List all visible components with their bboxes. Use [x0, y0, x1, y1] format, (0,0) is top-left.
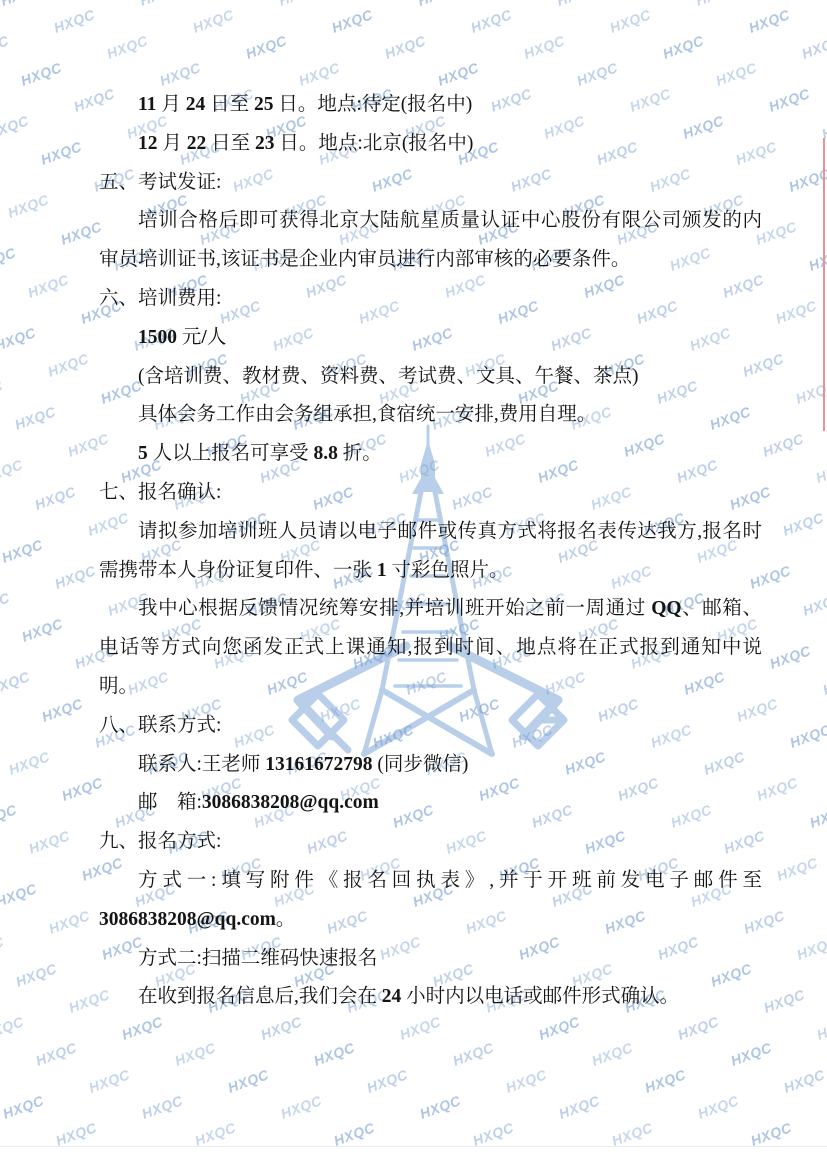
latin-run: 25	[254, 94, 274, 115]
latin-run: QQ	[651, 598, 681, 619]
latin-run: 24	[382, 986, 402, 1007]
text-line: 五、考试发证:	[99, 164, 762, 203]
latin-run: 3086838208@qq.com	[202, 792, 379, 813]
latin-run: /	[201, 327, 206, 348]
hxqc-watermark-text: HXQC	[807, 244, 827, 274]
hxqc-watermark-text: HXQC	[332, 1119, 377, 1148]
hxqc-watermark-text: HXQC	[451, 1039, 496, 1069]
hxqc-watermark-text: HXQC	[173, 1039, 218, 1069]
hxqc-watermark-text: HXQC	[34, 1039, 79, 1069]
hxqc-watermark-text: HXQC	[0, 880, 39, 910]
hxqc-watermark-text: HXQC	[767, 85, 812, 115]
hxqc-watermark-text: HXQC	[416, 0, 461, 9]
hxqc-watermark-text: HXQC	[226, 1066, 271, 1096]
hxqc-watermark-text: HXQC	[1, 1092, 46, 1122]
hxqc-watermark-text: HXQC	[312, 1039, 357, 1069]
hxqc-watermark-text: HXQC	[0, 0, 44, 9]
hxqc-watermark-text: HXQC	[140, 1092, 185, 1122]
hxqc-watermark-text: HXQC	[0, 377, 5, 407]
hxqc-watermark-text: HXQC	[575, 59, 620, 89]
text-line: 3086838208@qq.com。	[99, 901, 762, 940]
text-line: 请拟参加培训班人员请以电子邮件或传真方式将报名表传达我方,报名时	[99, 513, 762, 552]
latin-run: 1	[377, 560, 387, 581]
hxqc-watermark-text: HXQC	[158, 59, 203, 89]
hxqc-watermark-text: HXQC	[105, 32, 150, 62]
hxqc-watermark-text: HXQC	[0, 1145, 13, 1148]
hxqc-watermark-text: HXQC	[788, 721, 827, 751]
hxqc-watermark-text: HXQC	[714, 59, 759, 89]
hxqc-watermark-text: HXQC	[590, 1039, 635, 1069]
hxqc-watermark-text: HXQC	[53, 562, 98, 592]
hxqc-watermark-text: HXQC	[259, 1013, 304, 1043]
hxqc-watermark-text: HXQC	[107, 1145, 152, 1148]
hxqc-watermark-text: HXQC	[33, 483, 78, 513]
latin-run: 13161672798	[265, 754, 372, 775]
latin-run: 23	[255, 133, 275, 154]
hxqc-watermark-text: HXQC	[781, 509, 826, 539]
hxqc-watermark-text: HXQC	[87, 1066, 132, 1096]
hxqc-watermark-text: HXQC	[729, 1039, 774, 1069]
text-line: 九、报名方式:	[99, 823, 762, 862]
hxqc-watermark-text: HXQC	[663, 1145, 708, 1148]
hxqc-watermark-text: HXQC	[330, 6, 375, 36]
hxqc-watermark-text: HXQC	[0, 933, 6, 963]
hxqc-watermark-text: HXQC	[749, 1119, 794, 1148]
hxqc-watermark-text: HXQC	[54, 1119, 99, 1148]
text-line: 具体会务工作由会务组承担,食宿统一安排,费用自理。	[99, 396, 762, 435]
hxqc-watermark-text: HXQC	[794, 377, 827, 407]
hxqc-watermark-text: HXQC	[504, 1066, 549, 1096]
hxqc-watermark-text: HXQC	[39, 138, 84, 168]
hxqc-watermark-text: HXQC	[522, 32, 567, 62]
hxqc-watermark-text: HXQC	[768, 642, 813, 672]
hxqc-watermark-text: HXQC	[815, 1013, 827, 1043]
hxqc-watermark-text: HXQC	[0, 32, 11, 62]
hxqc-watermark-text: HXQC	[383, 32, 428, 62]
hxqc-watermark-text: HXQC	[0, 1013, 26, 1043]
hxqc-watermark-text: HXQC	[555, 0, 600, 9]
latin-run: 1500	[138, 327, 177, 348]
text-line: 明。	[99, 668, 762, 707]
hxqc-watermark-text: HXQC	[814, 456, 827, 486]
hxqc-watermark-text: HXQC	[820, 112, 827, 142]
hxqc-watermark-text: HXQC	[775, 854, 820, 884]
hxqc-watermark-text: HXQC	[608, 6, 653, 36]
hxqc-watermark-text: HXQC	[246, 1145, 291, 1148]
text-line: 七、报名确认:	[99, 474, 762, 513]
hxqc-watermark-text: HXQC	[0, 801, 19, 831]
hxqc-watermark-text: HXQC	[46, 350, 91, 380]
hxqc-watermark-text: HXQC	[20, 615, 65, 645]
hxqc-watermark-text: HXQC	[436, 59, 481, 89]
hxqc-watermark-text: HXQC	[385, 1145, 430, 1148]
hxqc-watermark-text: HXQC	[801, 589, 827, 619]
text-line: 11 月 24 日至 25 日。地点:待定(报名中)	[99, 86, 762, 125]
hxqc-watermark-text: HXQC	[138, 0, 183, 9]
latin-run: 8.8	[314, 443, 338, 464]
hxqc-watermark-text: HXQC	[14, 960, 59, 990]
document-page: { "page": { "watermark_text": "HXQC", "w…	[0, 0, 827, 1170]
hxqc-watermark-text: HXQC	[747, 6, 792, 36]
hxqc-watermark-text: HXQC	[418, 1092, 463, 1122]
hxqc-watermark-text: HXQC	[59, 218, 104, 248]
hxqc-watermark-text: HXQC	[47, 907, 92, 937]
page-edge-line	[0, 1146, 827, 1147]
latin-run: 24	[186, 94, 206, 115]
hxqc-watermark-text: HXQC	[365, 1066, 410, 1096]
hxqc-watermark-text: HXQC	[0, 536, 45, 566]
latin-run: 5	[138, 443, 148, 464]
hxqc-watermark-text: HXQC	[193, 1119, 238, 1148]
hxqc-watermark-text: HXQC	[191, 6, 236, 36]
document-body: 11 月 24 日至 25 日。地点:待定(报名中)12 月 22 日至 23 …	[99, 86, 762, 1017]
hxqc-watermark-text: HXQC	[787, 165, 827, 195]
hxqc-watermark-text: HXQC	[19, 59, 64, 89]
latin-run: 11	[138, 94, 156, 115]
text-line: (含培训费、教材费、资料费、考试费、文具、午餐、茶点)	[99, 358, 762, 397]
hxqc-watermark-text: HXQC	[0, 456, 25, 486]
latin-run: 12	[138, 133, 158, 154]
hxqc-watermark-text: HXQC	[279, 1092, 324, 1122]
hxqc-watermark-text: HXQC	[40, 695, 85, 725]
hxqc-watermark-text: HXQC	[0, 112, 31, 142]
hxqc-watermark-text: HXQC	[7, 748, 52, 778]
hxqc-watermark-text: HXQC	[120, 1013, 165, 1043]
hxqc-watermark-text: HXQC	[0, 668, 32, 698]
hxqc-watermark-text: HXQC	[610, 1119, 655, 1148]
text-line: 审员培训证书,该证书是企业内审员进行内部审核的必要条件。	[99, 241, 762, 280]
hxqc-watermark-text: HXQC	[0, 589, 12, 619]
hxqc-watermark-text: HXQC	[557, 1092, 602, 1122]
hxqc-watermark-text: HXQC	[694, 0, 739, 9]
text-line: 联系人:王老师 13161672798 (同步微信)	[99, 746, 762, 785]
text-line: 六、培训费用:	[99, 280, 762, 319]
text-line: 方式二:扫描二维码快速报名	[99, 940, 762, 979]
hxqc-watermark-text: HXQC	[469, 6, 514, 36]
text-line: 需携带本人身份证复印件、一张 1 寸彩色照片。	[99, 552, 762, 591]
hxqc-watermark-text: HXQC	[661, 32, 706, 62]
hxqc-watermark-text: HXQC	[643, 1066, 688, 1096]
hxqc-watermark-text: HXQC	[676, 1013, 721, 1043]
hxqc-watermark-text: HXQC	[13, 403, 58, 433]
text-line: 培训合格后即可获得北京大陆航星质量认证中心股份有限公司颁发的内	[99, 202, 762, 241]
hxqc-watermark-text: HXQC	[782, 1066, 827, 1096]
hxqc-watermark-text: HXQC	[6, 191, 51, 221]
hxqc-watermark-text: HXQC	[808, 801, 827, 831]
text-line: 我中心根据反馈情况统筹安排,并培训班开始之前一周通过 QQ、邮箱、	[99, 590, 762, 629]
text-line: 在收到报名信息后,我们会在 24 小时内以电话或邮件形式确认。	[99, 978, 762, 1017]
hxqc-watermark-text: HXQC	[27, 827, 72, 857]
hxqc-watermark-text: HXQC	[0, 244, 18, 274]
latin-run: 22	[187, 133, 207, 154]
hxqc-watermark-text: HXQC	[26, 271, 71, 301]
text-line: 八、联系方式:	[99, 707, 762, 746]
hxqc-watermark-text: HXQC	[800, 32, 827, 62]
hxqc-watermark-text: HXQC	[821, 668, 827, 698]
margin-red-line	[823, 138, 825, 431]
text-line: 5 人以上报名可享受 8.8 折。	[99, 435, 762, 474]
hxqc-watermark-text: HXQC	[52, 6, 97, 36]
hxqc-watermark-text: HXQC	[297, 59, 342, 89]
hxqc-watermark-text: HXQC	[774, 297, 819, 327]
hxqc-watermark-text: HXQC	[696, 1092, 741, 1122]
text-line: 1500 元/人	[99, 319, 762, 358]
text-line: 电话等方式向您函发正式上课通知,报到时间、地点将在正式报到通知中说	[99, 629, 762, 668]
hxqc-watermark-text: HXQC	[244, 32, 289, 62]
hxqc-watermark-text: HXQC	[795, 933, 827, 963]
hxqc-watermark-text: HXQC	[802, 1145, 827, 1148]
hxqc-watermark-text: HXQC	[761, 430, 806, 460]
hxqc-watermark-text: HXQC	[537, 1013, 582, 1043]
text-line: 12 月 22 日至 23 日。地点:北京(报名中)	[99, 125, 762, 164]
hxqc-watermark-text: HXQC	[0, 324, 38, 354]
text-line: 方式一:填写附件《报名回执表》,并于开班前发电子邮件至	[99, 862, 762, 901]
hxqc-watermark-text: HXQC	[471, 1119, 516, 1148]
text-line: 邮 箱:3086838208@qq.com	[99, 784, 762, 823]
hxqc-watermark-text: HXQC	[398, 1013, 443, 1043]
hxqc-watermark-text: HXQC	[762, 986, 807, 1016]
hxqc-watermark-text: HXQC	[524, 1145, 569, 1148]
latin-run: 3086838208@qq.com	[99, 909, 276, 930]
hxqc-watermark-text: HXQC	[277, 0, 322, 9]
